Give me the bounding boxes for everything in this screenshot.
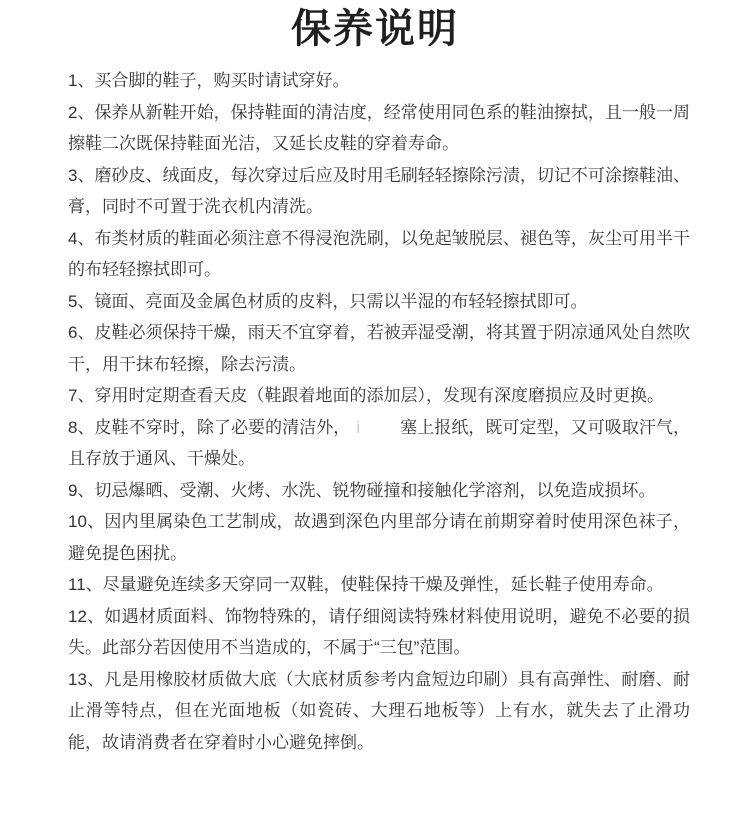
care-item-4: 4、布类材质的鞋面必须注意不得浸泡洗刷，以免起皱脱层、褪色等，灰尘可用半干的布轻… [68,223,690,286]
care-instructions-page: 保养说明 1、买合脚的鞋子，购买时请试穿好。2、保养从新鞋开始，保持鞋面的清洁度… [0,0,750,818]
care-item-5: 5、镜面、亮面及金属色材质的皮料，只需以半湿的布轻轻擦拭即可。 [68,286,690,318]
care-item-9: 9、切忌爆晒、受潮、火烤、水洗、锐物碰撞和接触化学溶剂，以免造成损坏。 [68,475,690,507]
care-item-3: 3、磨砂皮、绒面皮，每次穿过后应及时用毛刷轻轻擦除污渍，切记不可涂擦鞋油、膏，同… [68,160,690,223]
care-item-6: 6、皮鞋必须保持干燥，雨天不宜穿着，若被弄湿受潮，将其置于阴凉通风处自然吹干，用… [68,317,690,380]
care-item-text: 8、皮鞋不穿时，除了必要的清洁外， [68,418,350,437]
care-item-1: 1、买合脚的鞋子，购买时请试穿好。 [68,65,690,97]
care-item-10: 10、因内里属染色工艺制成，故遇到深色内里部分请在前期穿着时使用深色袜子，避免提… [68,506,690,569]
care-item-13: 13、凡是用橡胶材质做大底（大底材质参考内盒短边印刷）具有高弹性、耐磨、耐止滑等… [68,664,690,759]
page-title: 保养说明 [0,0,750,52]
care-item-2: 2、保养从新鞋开始，保持鞋面的清洁度，经常使用同色系的鞋油擦拭，且一般一周擦鞋二… [68,97,690,160]
care-item-8: 8、皮鞋不穿时，除了必要的清洁外，i塞上报纸，既可定型，又可吸取汗气，且存放于通… [68,412,690,475]
care-item-12: 12、如遇材质面料、饰物特殊的，请仔细阅读特殊材料使用说明，避免不必要的损失。此… [68,601,690,664]
care-instructions-list: 1、买合脚的鞋子，购买时请试穿好。2、保养从新鞋开始，保持鞋面的清洁度，经常使用… [68,65,690,758]
care-item-7: 7、穿用时定期查看天皮（鞋跟着地面的添加层），发现有深度磨损应及时更换。 [68,380,690,412]
erased-text-fragment: i [356,418,360,437]
care-item-11: 11、尽量避免连续多天穿同一双鞋，使鞋保持干燥及弹性，延长鞋子使用寿命。 [68,569,690,601]
